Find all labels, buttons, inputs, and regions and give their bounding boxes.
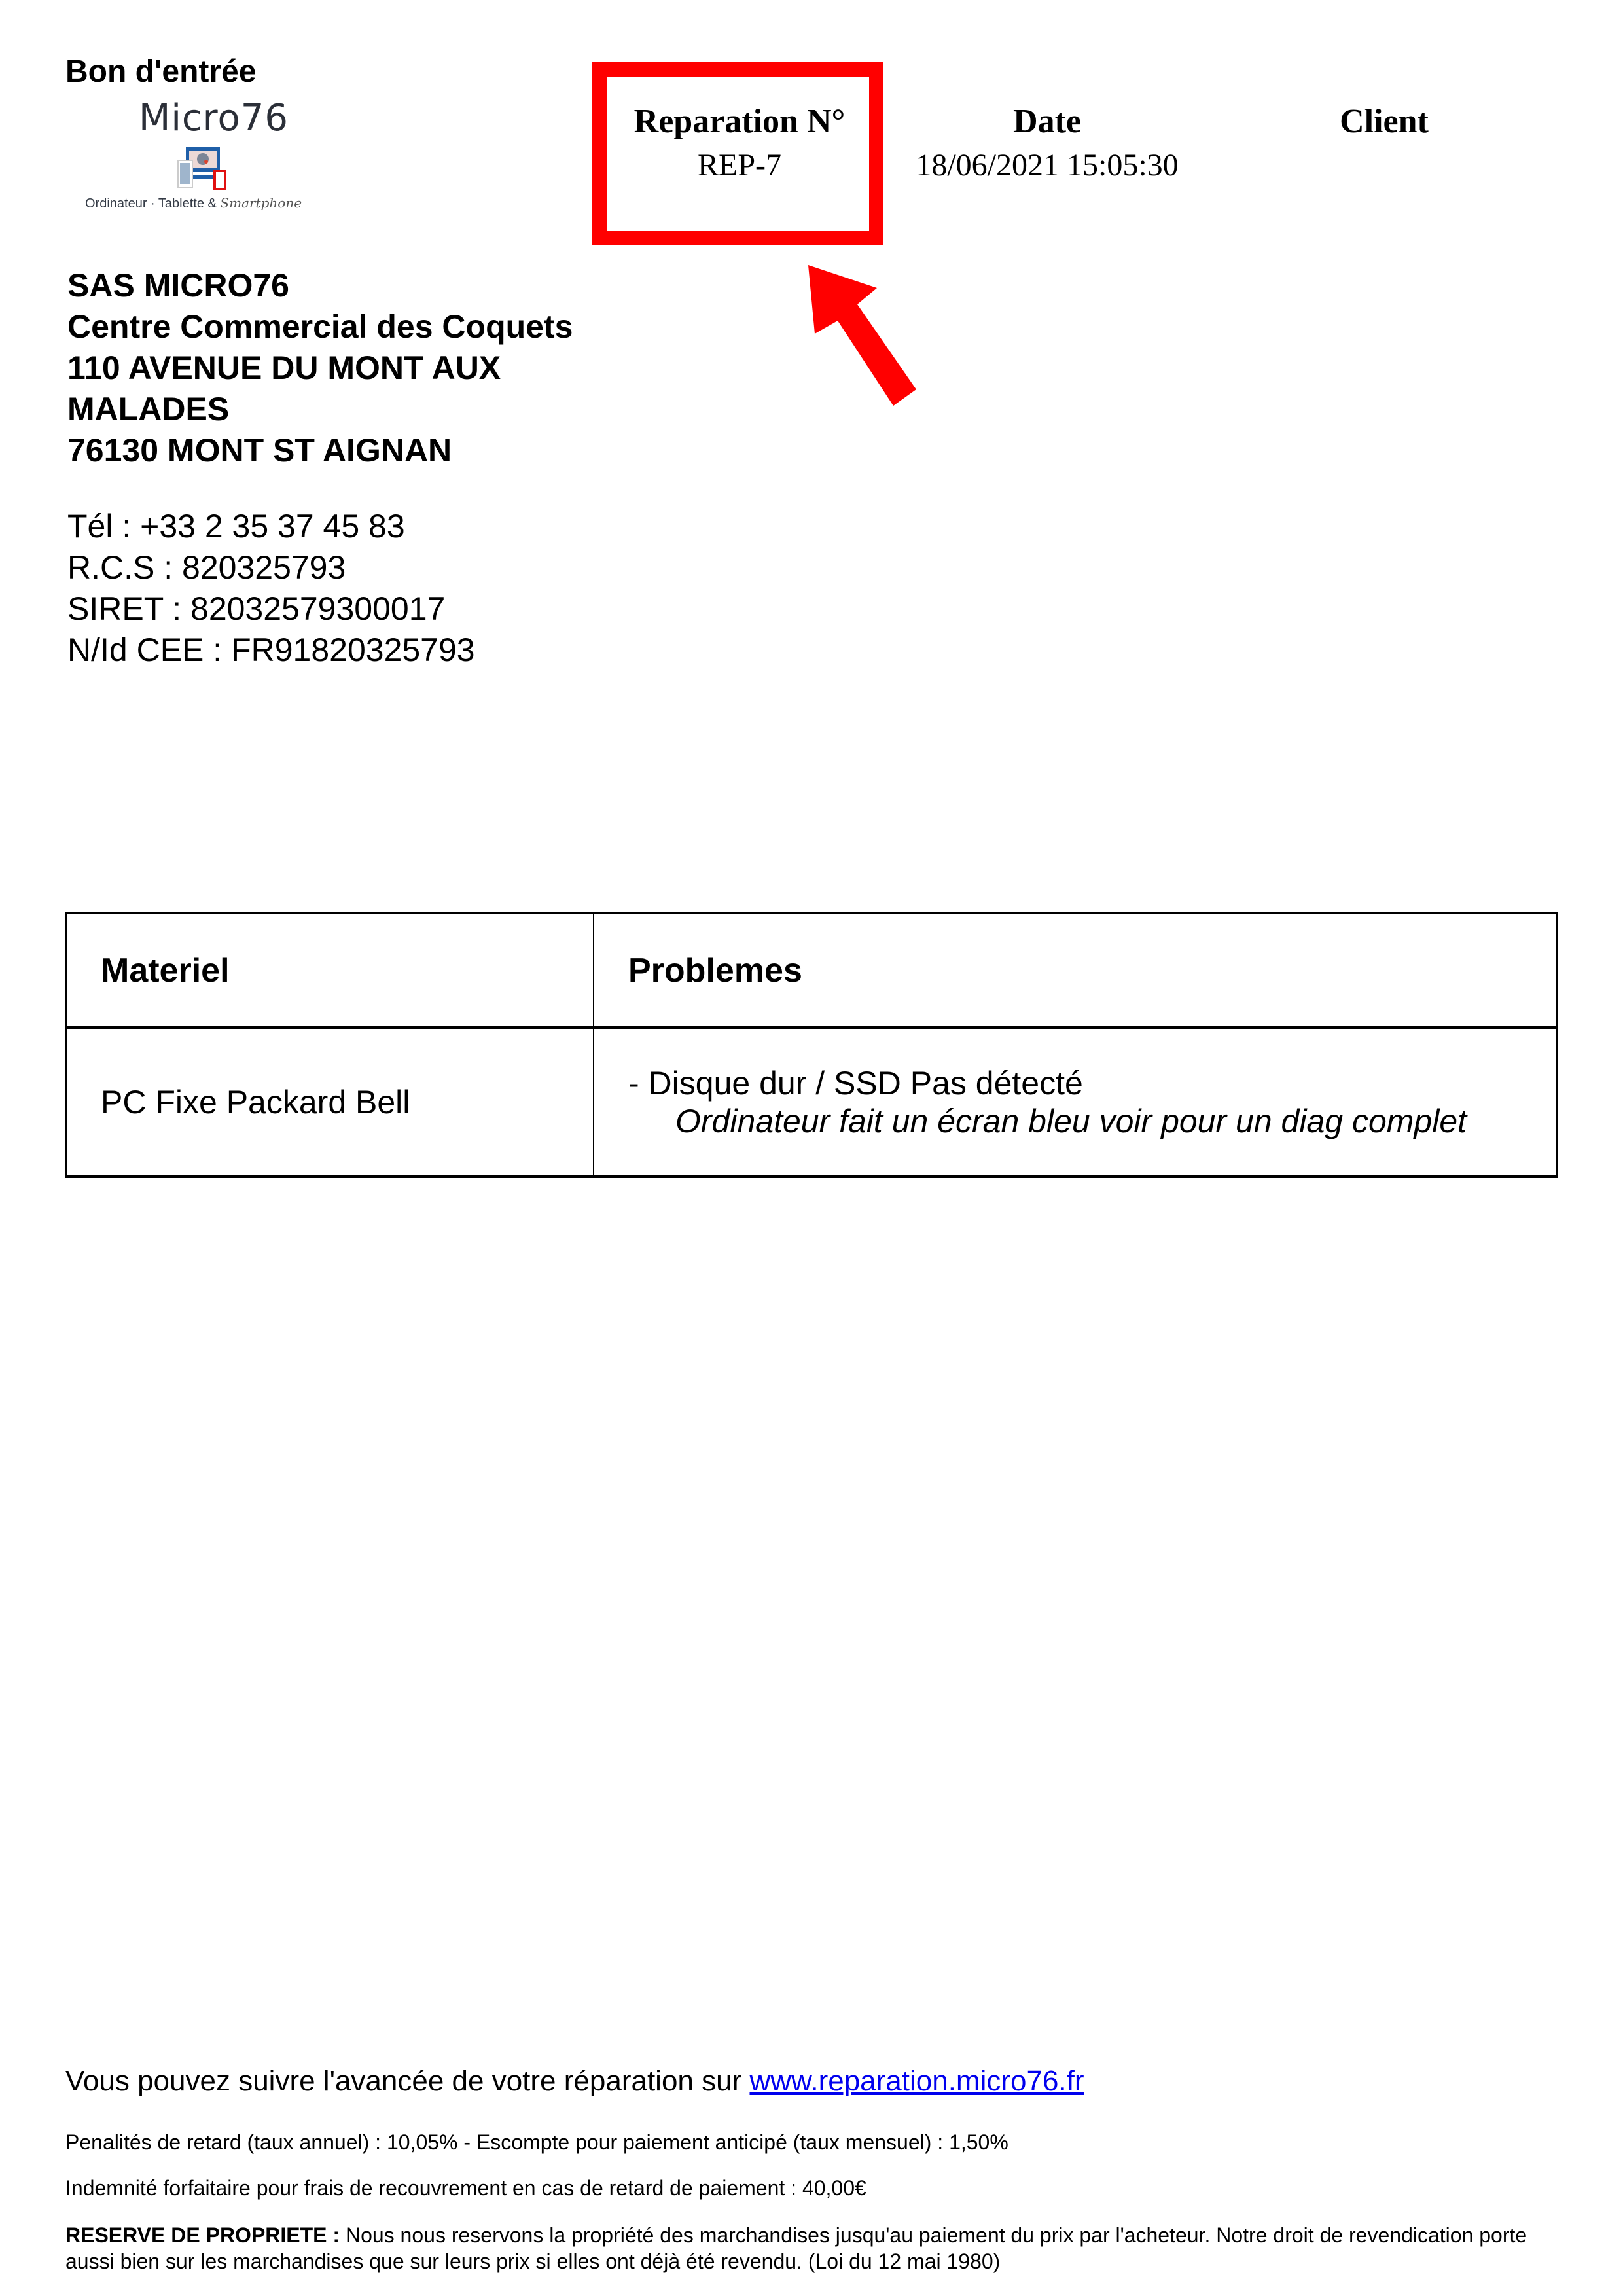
- column-header-problemes: Problemes: [594, 913, 1557, 1028]
- company-name: SAS MICRO76: [67, 265, 643, 306]
- vat-number: N/Id CEE : FR91820325793: [67, 630, 475, 671]
- date-label: Date: [877, 102, 1217, 141]
- tracking-link[interactable]: www.reparation.micro76.fr: [749, 2065, 1084, 2097]
- company-logo: Micro76 Ordinateur · Tablette & Smartpho…: [85, 97, 334, 221]
- tracking-notice: Vous pouvez suivre l'avancée de votre ré…: [65, 2065, 1084, 2098]
- problem-line: - Disque dur / SSD Pas détecté: [628, 1064, 1522, 1102]
- client-label: Client: [1276, 102, 1492, 141]
- client-column: Client: [1276, 102, 1492, 147]
- red-arrow-icon: [785, 259, 929, 416]
- tagline-script: Smartphone: [220, 195, 302, 211]
- phone: Tél : +33 2 35 37 45 83: [67, 506, 475, 547]
- problem-note: Ordinateur fait un écran bleu voir pour …: [628, 1102, 1522, 1140]
- property-reserve-notice: RESERVE DE PROPRIETE : Nous nous reservo…: [65, 2222, 1564, 2274]
- company-address-line: 110 AVENUE DU MONT AUX MALADES: [67, 348, 643, 430]
- company-address: SAS MICRO76 Centre Commercial des Coquet…: [67, 265, 643, 471]
- reserve-label: RESERVE DE PROPRIETE :: [65, 2223, 340, 2247]
- date-value: 18/06/2021 15:05:30: [877, 147, 1217, 183]
- company-city: 76130 MONT ST AIGNAN: [67, 430, 643, 471]
- tracking-text: Vous pouvez suivre l'avancée de votre ré…: [65, 2065, 749, 2097]
- company-address-line: Centre Commercial des Coquets: [67, 306, 643, 348]
- logo-name: Micro76: [139, 97, 289, 139]
- devices-icon: [177, 146, 229, 190]
- logo-tagline: Ordinateur · Tablette & Smartphone: [85, 195, 302, 211]
- penalties-notice: Penalités de retard (taux annuel) : 10,0…: [65, 2130, 1008, 2155]
- highlight-box: [592, 62, 883, 245]
- indemnity-notice: Indemnité forfaitaire pour frais de reco…: [65, 2176, 866, 2200]
- column-header-materiel: Materiel: [66, 913, 594, 1028]
- date-column: Date 18/06/2021 15:05:30: [877, 102, 1217, 183]
- company-contact: Tél : +33 2 35 37 45 83 R.C.S : 82032579…: [67, 506, 475, 671]
- tagline-text: Ordinateur · Tablette &: [85, 196, 220, 211]
- rcs: R.C.S : 820325793: [67, 547, 475, 588]
- materiel-cell: PC Fixe Packard Bell: [66, 1028, 594, 1177]
- table-row: PC Fixe Packard Bell - Disque dur / SSD …: [66, 1028, 1557, 1177]
- table-header-row: Materiel Problemes: [66, 913, 1557, 1028]
- problemes-cell: - Disque dur / SSD Pas détecté Ordinateu…: [594, 1028, 1557, 1177]
- items-table: Materiel Problemes PC Fixe Packard Bell …: [65, 912, 1558, 1178]
- siret: SIRET : 82032579300017: [67, 588, 475, 630]
- document-title: Bon d'entrée: [65, 54, 256, 90]
